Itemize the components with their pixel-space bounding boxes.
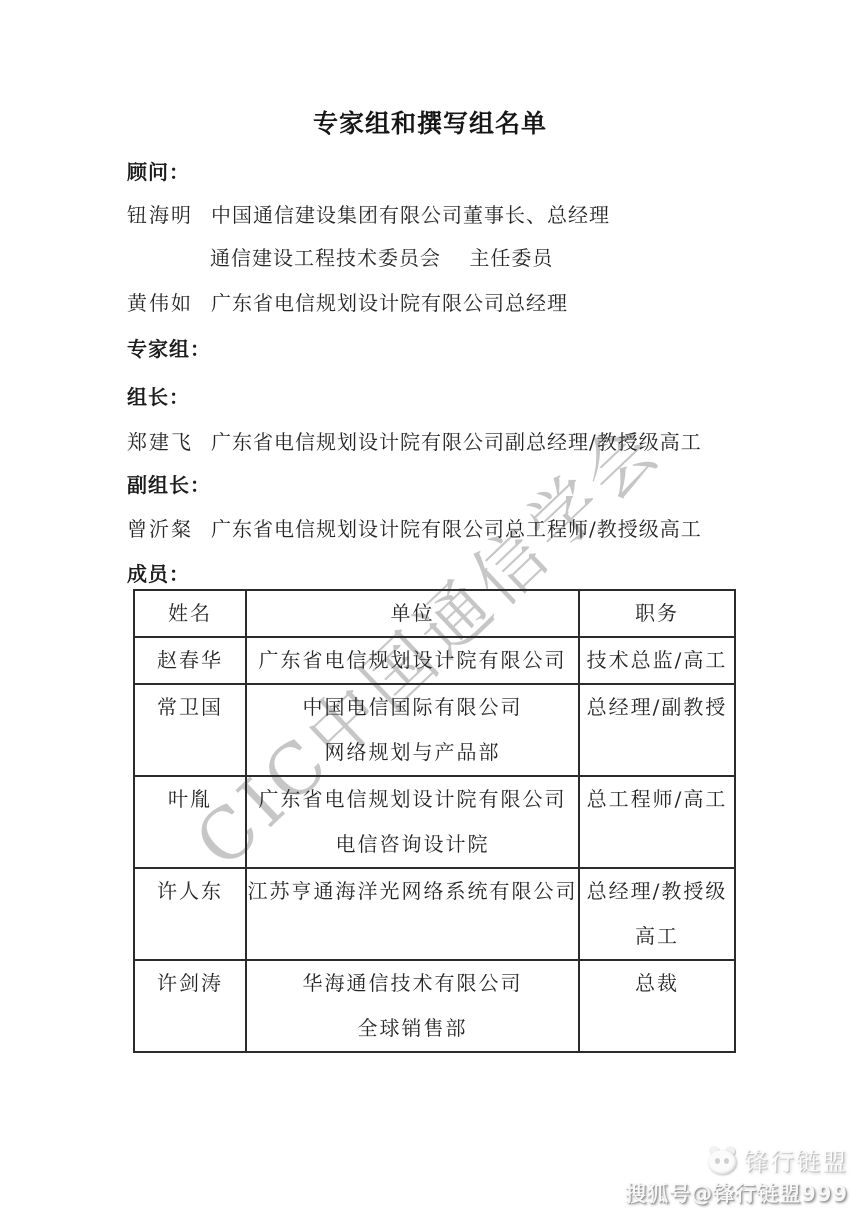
heading-expert-group: 专家组： [127,333,211,362]
deputy-leader-entry: 曾沂粲 广东省电信规划设计院有限公司总工程师/教授级高工 [127,513,702,542]
brand-account-text: 搜狐号@锋行链盟999 [625,1178,848,1208]
advisor-entry: 黄伟如 广东省电信规划设计院有限公司总经理 [127,287,568,316]
cell-member-title: 总经理/副教授 [579,684,735,776]
advisor-name: 钮海明 [127,199,211,228]
document-page: CIC中国通信学会 专家组和撰写组名单 顾问： 钮海明 中国通信建设集团有限公司… [0,0,860,1216]
leader-description: 广东省电信规划设计院有限公司副总经理/教授级高工 [211,426,702,455]
leader-name: 郑建飞 [127,426,211,455]
cell-member-name: 许人东 [134,868,246,960]
table-row: 常卫国 中国电信国际有限公司 网络规划与产品部 总经理/副教授 [134,684,735,776]
deputy-leader-name: 曾沂粲 [127,513,211,542]
cell-member-title: 总经理/教授级 高工 [579,868,735,960]
table-row: 赵春华 广东省电信规划设计院有限公司 技术总监/高工 [134,637,735,684]
brand-name-text: 锋行链盟 [744,1142,848,1177]
page-title: 专家组和撰写组名单 [0,104,860,140]
cell-member-name: 叶胤 [134,776,246,868]
heading-advisors: 顾问： [127,156,190,185]
heading-members: 成员： [127,558,190,587]
table-row: 许人东 江苏亨通海洋光网络系统有限公司 总经理/教授级 高工 [134,868,735,960]
deputy-leader-description: 广东省电信规划设计院有限公司总工程师/教授级高工 [211,513,702,542]
cell-member-org: 广东省电信规划设计院有限公司 电信咨询设计院 [246,776,579,868]
col-header-title: 职务 [579,590,735,637]
advisor-name: 黄伟如 [127,287,211,316]
brand-watermark: 锋行链盟 搜狐号@锋行链盟999 [625,1142,848,1208]
col-header-name: 姓名 [134,590,246,637]
members-table: 姓名 单位 职务 赵春华 广东省电信规划设计院有限公司 技术总监/高工 常卫国 … [133,589,736,1053]
table-row: 叶胤 广东省电信规划设计院有限公司 电信咨询设计院 总工程师/高工 [134,776,735,868]
advisor-entry: 钮海明 中国通信建设集团有限公司董事长、总经理 [127,199,610,228]
brand-name-line: 锋行链盟 [625,1142,848,1177]
cell-member-org: 中国电信国际有限公司 网络规划与产品部 [246,684,579,776]
table-header-row: 姓名 单位 职务 [134,590,735,637]
cell-member-name: 赵春华 [134,637,246,684]
heading-leader: 组长： [127,381,190,410]
panda-face-icon [706,1146,738,1174]
cell-member-title: 总裁 [579,960,735,1052]
cell-member-org: 广东省电信规划设计院有限公司 [246,637,579,684]
cell-member-name: 许剑涛 [134,960,246,1052]
col-header-org: 单位 [246,590,579,637]
advisor-description: 广东省电信规划设计院有限公司总经理 [211,287,568,316]
leader-entry: 郑建飞 广东省电信规划设计院有限公司副总经理/教授级高工 [127,426,702,455]
document-content: 专家组和撰写组名单 顾问： 钮海明 中国通信建设集团有限公司董事长、总经理 通信… [0,0,860,1216]
advisor-description: 中国通信建设集团有限公司董事长、总经理 [211,199,610,228]
heading-deputy-leader: 副组长： [127,469,211,498]
table-row: 许剑涛 华海通信技术有限公司 全球销售部 总裁 [134,960,735,1052]
cell-member-name: 常卫国 [134,684,246,776]
cell-member-org: 华海通信技术有限公司 全球销售部 [246,960,579,1052]
advisor-description-continued: 通信建设工程技术委员会 主任委员 [210,242,553,271]
cell-member-org: 江苏亨通海洋光网络系统有限公司 [246,868,579,960]
cell-member-title: 技术总监/高工 [579,637,735,684]
cell-member-title: 总工程师/高工 [579,776,735,868]
